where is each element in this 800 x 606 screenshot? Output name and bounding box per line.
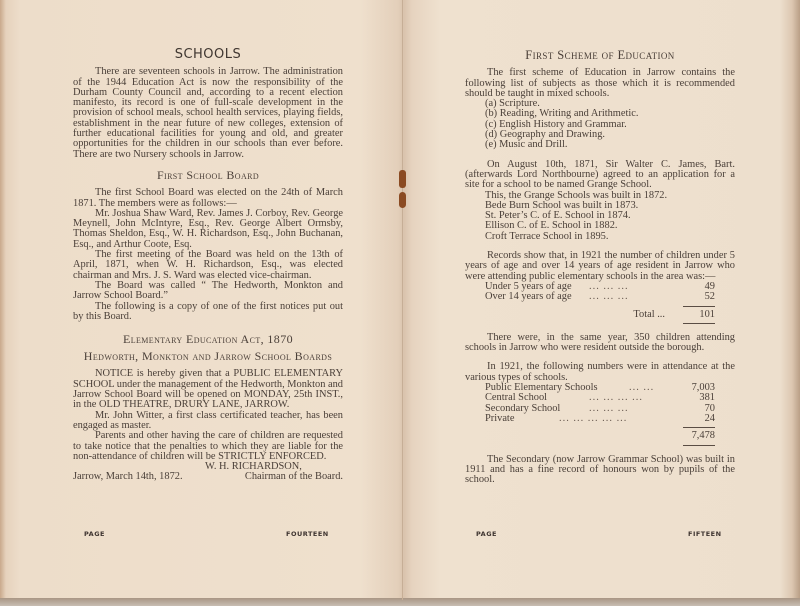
board-paragraph-4: The following is a copy of one of the fi… (73, 302, 343, 323)
heading-first-school-board: First School Board (73, 170, 343, 180)
notice-paragraph-3: Parents and other having the care of chi… (73, 431, 343, 462)
staple-bottom (399, 192, 406, 208)
attendance-table: Public Elementary Schools ... ... 7,003 … (485, 383, 715, 445)
signature-title: Chairman of the Board. (245, 472, 343, 482)
footer-page-label-left: PAGE (84, 530, 105, 538)
signature-line: Jarrow, March 14th, 1872. Chairman of th… (73, 472, 343, 482)
sum-rule (683, 427, 715, 428)
page-title-first-scheme: First Scheme of Education (465, 50, 735, 60)
scheme-intro: The first scheme of Education in Jarrow … (465, 68, 735, 99)
table-row: Private ... ... ... ... ... 24 (485, 414, 715, 424)
board-paragraph-1: The first School Board was elected on th… (73, 188, 343, 209)
page-title-schools: SCHOOLS (73, 50, 343, 60)
sum-rule (683, 306, 715, 307)
table-total-row: 7,478 (485, 431, 715, 441)
notice-paragraph-1: NOTICE is hereby given that a PUBLIC ELE… (73, 369, 343, 410)
records-paragraph: Records show that, in 1921 the number of… (465, 251, 735, 282)
sum-rule (683, 445, 715, 446)
board-paragraph-2: The first meeting of the Board was held … (73, 250, 343, 281)
age-table: Under 5 years of age ... ... ... 49 Over… (485, 282, 715, 324)
schools-intro: There are seventeen schools in Jarrow. T… (73, 67, 343, 160)
attendance-paragraph: In 1921, the following numbers were in a… (465, 362, 735, 383)
page-bottom-edge (0, 598, 800, 606)
sum-rule (683, 323, 715, 324)
notice-paragraph-2: Mr. John Witter, a first class certifica… (73, 411, 343, 432)
staple-top (399, 170, 406, 188)
heading-school-boards: Hedworth, Monkton and Jarrow School Boar… (73, 348, 343, 364)
heading-elementary-education-act: Elementary Education Act, 1870 (73, 334, 343, 344)
table-row: Over 14 years of age ... ... ... 52 (485, 292, 715, 302)
footer-page-number-left: FOURTEEN (286, 530, 329, 538)
grange-paragraph: On August 10th, 1871, Sir Walter C. Jame… (465, 160, 735, 191)
table-total-row: Total ... 101 (485, 310, 715, 320)
school-built-item: Croft Terrace School in 1895. (485, 232, 735, 242)
board-members: Mr. Joshua Shaw Ward, Rev. James J. Corb… (73, 209, 343, 250)
schools-built-list: This, the Grange Schools was built in 18… (465, 191, 735, 242)
outside-borough-paragraph: There were, in the same year, 350 childr… (465, 333, 735, 354)
footer-page-number-right: FIFTEEN (688, 530, 722, 538)
board-paragraph-3: The Board was called “ The Hedworth, Mon… (73, 281, 343, 302)
grammar-school-paragraph: The Secondary (now Jarrow Grammar School… (465, 455, 735, 486)
subjects-list: (a) Scripture. (b) Reading, Writing and … (465, 99, 735, 150)
book-spine (402, 0, 403, 600)
signature-date: Jarrow, March 14th, 1872. (73, 472, 183, 482)
subject-item: (e) Music and Drill. (485, 140, 735, 150)
right-page: First Scheme of Education The first sche… (465, 50, 735, 485)
footer-page-label-right: PAGE (476, 530, 497, 538)
left-page: SCHOOLS There are seventeen schools in J… (73, 50, 343, 483)
